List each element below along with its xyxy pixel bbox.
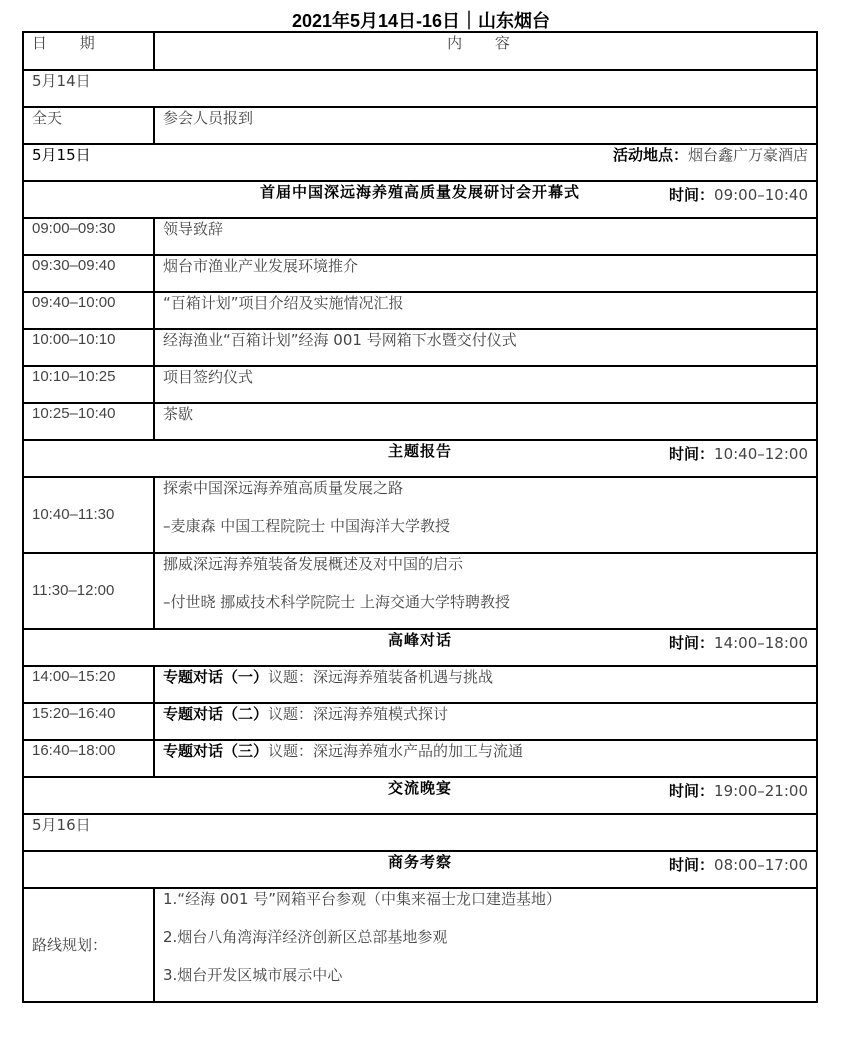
session-header-row: 商务考察 时间：08:00–17:00: [23, 851, 817, 888]
table-row: 16:40–18:00 专题对话（三）议题：深远海养殖水产品的加工与流通: [23, 740, 817, 777]
item-content: 烟台市渔业产业发展环境推介: [154, 255, 817, 292]
dialogue-label: 专题对话（二）: [163, 705, 268, 723]
talk-speaker: –麦康森 中国工程院院士 中国海洋大学教授: [163, 516, 808, 536]
item-content: 探索中国深远海养殖高质量发展之路 –麦康森 中国工程院院士 中国海洋大学教授: [154, 477, 817, 553]
table-row: 10:40–11:30 探索中国深远海养殖高质量发展之路 –麦康森 中国工程院院…: [23, 477, 817, 553]
item-content: 专题对话（二）议题：深远海养殖模式探讨: [154, 703, 817, 740]
session-header-row: 首届中国深远海养殖高质量发展研讨会开幕式 时间：09:00–10:40: [23, 181, 817, 218]
table-row: 10:10–10:25 项目签约仪式: [23, 366, 817, 403]
table-row: 路线规划： 1.“经海 001 号”网箱平台参观（中集来福士龙口建造基地） 2.…: [23, 888, 817, 1002]
session-time: 时间：14:00–18:00: [669, 633, 808, 653]
item-content: 专题对话（一）议题：深远海养殖装备机遇与挑战: [154, 666, 817, 703]
table-row: 10:00–10:10 经海渔业“百箱计划”经海 001 号网箱下水暨交付仪式: [23, 329, 817, 366]
session-time: 时间：09:00–10:40: [669, 185, 808, 205]
header-date: 日 期: [23, 32, 154, 70]
item-time: 09:40–10:00: [23, 292, 154, 329]
day-row: 5月16日: [23, 814, 817, 851]
item-content: 挪威深远海养殖装备发展概述及对中国的启示 –付世晓 挪威技术科学院院士 上海交通…: [154, 553, 817, 629]
session-time: 时间：19:00–21:00: [669, 781, 808, 801]
page-title: 2021年5月14日-16日｜山东烟台: [0, 7, 842, 33]
item-time: 10:10–10:25: [23, 366, 154, 403]
table-row: 全天 参会人员报到: [23, 107, 817, 144]
item-time: 14:00–15:20: [23, 666, 154, 703]
item-time: 10:40–11:30: [23, 477, 154, 553]
item-time: 11:30–12:00: [23, 553, 154, 629]
item-time: 16:40–18:00: [23, 740, 154, 777]
item-time: 09:30–09:40: [23, 255, 154, 292]
session-time-value: 09:00–10:40: [714, 186, 808, 204]
item-time: 全天: [23, 107, 154, 144]
session-header-row: 主题报告 时间：10:40–12:00: [23, 440, 817, 477]
item-content: 专题对话（三）议题：深远海养殖水产品的加工与流通: [154, 740, 817, 777]
session-time-value: 10:40–12:00: [714, 445, 808, 463]
session-time-label: 时间：: [669, 634, 714, 652]
dialogue-topic: 议题：深远海养殖水产品的加工与流通: [268, 742, 523, 760]
session-time-label: 时间：: [669, 782, 714, 800]
day-label: 5月16日: [23, 814, 817, 851]
item-time: 10:00–10:10: [23, 329, 154, 366]
item-content: “百箱计划”项目介绍及实施情况汇报: [154, 292, 817, 329]
session-time-value: 19:00–21:00: [714, 782, 808, 800]
item-content: 项目签约仪式: [154, 366, 817, 403]
session-time-value: 14:00–18:00: [714, 634, 808, 652]
item-content: 茶歇: [154, 403, 817, 440]
session-time: 时间：08:00–17:00: [669, 855, 808, 875]
item-time: 09:00–09:30: [23, 218, 154, 255]
item-content: 参会人员报到: [154, 107, 817, 144]
route-item: 1.“经海 001 号”网箱平台参观（中集来福士龙口建造基地）: [163, 889, 808, 927]
table-row: 09:30–09:40 烟台市渔业产业发展环境推介: [23, 255, 817, 292]
dialogue-label: 专题对话（三）: [163, 742, 268, 760]
session-time-label: 时间：: [669, 186, 714, 204]
day-row: 5月15日 活动地点：烟台鑫广万豪酒店: [23, 144, 817, 181]
venue-label: 活动地点：: [613, 146, 688, 164]
session-time: 时间：10:40–12:00: [669, 444, 808, 464]
table-row: 15:20–16:40 专题对话（二）议题：深远海养殖模式探讨: [23, 703, 817, 740]
item-time: 10:25–10:40: [23, 403, 154, 440]
route-list: 1.“经海 001 号”网箱平台参观（中集来福士龙口建造基地） 2.烟台八角湾海…: [154, 888, 817, 1002]
dialogue-topic: 议题：深远海养殖模式探讨: [268, 705, 448, 723]
table-header-row: 日 期 内 容: [23, 32, 817, 70]
header-content: 内 容: [154, 32, 817, 70]
table-row: 14:00–15:20 专题对话（一）议题：深远海养殖装备机遇与挑战: [23, 666, 817, 703]
talk-topic: 挪威深远海养殖装备发展概述及对中国的启示: [163, 554, 808, 592]
talk-speaker: –付世晓 挪威技术科学院院士 上海交通大学特聘教授: [163, 592, 808, 612]
day-label: 5月15日: [32, 146, 91, 164]
dialogue-label: 专题对话（一）: [163, 668, 268, 686]
day-label: 5月14日: [23, 70, 817, 107]
route-item: 2.烟台八角湾海洋经济创新区总部基地参观: [163, 927, 808, 965]
table-row: 11:30–12:00 挪威深远海养殖装备发展概述及对中国的启示 –付世晓 挪威…: [23, 553, 817, 629]
day-row: 5月14日: [23, 70, 817, 107]
table-row: 10:25–10:40 茶歇: [23, 403, 817, 440]
item-content: 经海渔业“百箱计划”经海 001 号网箱下水暨交付仪式: [154, 329, 817, 366]
agenda-table: 日 期 内 容 5月14日 全天 参会人员报到 5月15日 活动地点：烟台鑫广万…: [22, 31, 818, 1003]
session-time-label: 时间：: [669, 445, 714, 463]
table-row: 09:00–09:30 领导致辞: [23, 218, 817, 255]
session-time-value: 08:00–17:00: [714, 856, 808, 874]
session-header-row: 交流晚宴 时间：19:00–21:00: [23, 777, 817, 814]
venue-value: 烟台鑫广万豪酒店: [688, 146, 808, 164]
dialogue-topic: 议题：深远海养殖装备机遇与挑战: [268, 668, 493, 686]
session-time-label: 时间：: [669, 856, 714, 874]
item-content: 领导致辞: [154, 218, 817, 255]
route-item: 3.烟台开发区城市展示中心: [163, 965, 808, 985]
session-header-row: 高峰对话 时间：14:00–18:00: [23, 629, 817, 666]
item-time: 15:20–16:40: [23, 703, 154, 740]
talk-topic: 探索中国深远海养殖高质量发展之路: [163, 478, 808, 516]
table-row: 09:40–10:00 “百箱计划”项目介绍及实施情况汇报: [23, 292, 817, 329]
route-label: 路线规划：: [23, 888, 154, 1002]
venue: 活动地点：烟台鑫广万豪酒店: [613, 145, 808, 165]
